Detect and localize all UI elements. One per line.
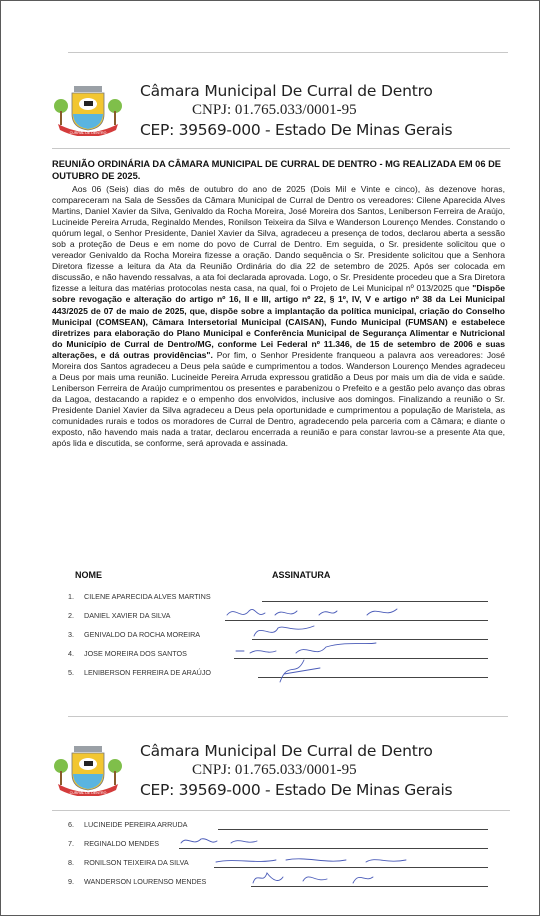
signature-line: [262, 601, 488, 602]
letterhead-page2: CURRAL DE DENTRO Câmara Municipal De Cur…: [52, 742, 502, 812]
signature-row-number: 3.: [68, 630, 80, 639]
handwritten-signature-icon: [253, 869, 453, 889]
handwritten-signature-icon: [227, 603, 427, 623]
letterhead-cnpj: CNPJ: 01.765.033/0001-95: [192, 762, 357, 779]
header-rule: [68, 52, 508, 53]
signature-row-number: 5.: [68, 668, 80, 677]
handwritten-signature-icon: [181, 831, 381, 851]
signature-row-number: 4.: [68, 649, 80, 658]
signature-row-number: 9.: [68, 877, 80, 886]
signature-line: [218, 829, 488, 830]
handwritten-signature-icon: [236, 641, 436, 661]
signature-row: 5.LENIBERSON FERREIRA DE ARAÚJO: [68, 666, 488, 680]
letterhead-title: Câmara Municipal De Curral de Dentro: [140, 742, 433, 760]
signature-row: 3.GENIVALDO DA ROCHA MOREIRA: [68, 628, 488, 642]
letterhead-cep: CEP: 39569-000 - Estado De Minas Gerais: [140, 781, 452, 799]
signature-row-number: 8.: [68, 858, 80, 867]
signature-row-name: LUCINEIDE PEREIRA ARRUDA: [84, 820, 187, 829]
header-rule-page2: [68, 716, 508, 717]
letterhead-rule-page2: [52, 810, 510, 811]
signature-row-name: REGINALDO MENDES: [84, 839, 159, 848]
signature-row-number: 2.: [68, 611, 80, 620]
signature-row-number: 1.: [68, 592, 80, 601]
minutes-body: Aos 06 (Seis) dias do mês de outubro do …: [52, 184, 505, 449]
letterhead-cep: CEP: 39569-000 - Estado De Minas Gerais: [140, 121, 452, 139]
document-title: REUNIÃO ORDINÁRIA DA CÂMARA MUNICIPAL DE…: [52, 158, 502, 182]
letterhead-cnpj: CNPJ: 01.765.033/0001-95: [192, 102, 357, 119]
signature-row-name: JOSE MOREIRA DOS SANTOS: [84, 649, 187, 658]
signature-row-number: 6.: [68, 820, 80, 829]
municipal-crest-icon: CURRAL DE DENTRO: [52, 84, 124, 136]
handwritten-signature-icon: [260, 660, 460, 680]
signature-row-name: DANIEL XAVIER DA SILVA: [84, 611, 170, 620]
signature-row: 2.DANIEL XAVIER DA SILVA: [68, 609, 488, 623]
signature-col-name: NOME: [75, 570, 102, 580]
signature-row: 9.WANDERSON LOURENSO MENDES: [68, 875, 488, 889]
signature-row: 6.LUCINEIDE PEREIRA ARRUDA: [68, 818, 488, 832]
signature-row: 1.CILENE APARECIDA ALVES MARTINS: [68, 590, 488, 604]
signature-row: 7.REGINALDO MENDES: [68, 837, 488, 851]
signature-row-number: 7.: [68, 839, 80, 848]
svg-text:CURRAL DE DENTRO: CURRAL DE DENTRO: [70, 131, 107, 135]
signature-row-name: LENIBERSON FERREIRA DE ARAÚJO: [84, 668, 211, 677]
svg-text:CURRAL DE DENTRO: CURRAL DE DENTRO: [70, 791, 107, 795]
signature-col-signature: ASSINATURA: [272, 570, 330, 580]
municipal-crest-icon: CURRAL DE DENTRO: [52, 744, 124, 796]
body-text-part1: Aos 06 (Seis) dias do mês de outubro do …: [52, 184, 505, 293]
body-text-part2: Por fim, o Senhor Presidente franqueou a…: [52, 350, 505, 448]
body-text-bill: "Dispõe sobre revogação e alteração do a…: [52, 283, 505, 359]
signature-row: 4.JOSE MOREIRA DOS SANTOS: [68, 647, 488, 661]
letterhead-rule: [52, 148, 510, 149]
signature-row-name: RONILSON TEIXEIRA DA SILVA: [84, 858, 189, 867]
handwritten-signature-icon: [216, 850, 416, 870]
handwritten-signature-icon: [254, 622, 454, 642]
signature-row-name: GENIVALDO DA ROCHA MOREIRA: [84, 630, 200, 639]
signature-row-name: CILENE APARECIDA ALVES MARTINS: [84, 592, 211, 601]
letterhead-title: Câmara Municipal De Curral de Dentro: [140, 82, 433, 100]
letterhead: CURRAL DE DENTRO Câmara Municipal De Cur…: [52, 82, 502, 152]
signature-row: 8.RONILSON TEIXEIRA DA SILVA: [68, 856, 488, 870]
signature-row-name: WANDERSON LOURENSO MENDES: [84, 877, 206, 886]
